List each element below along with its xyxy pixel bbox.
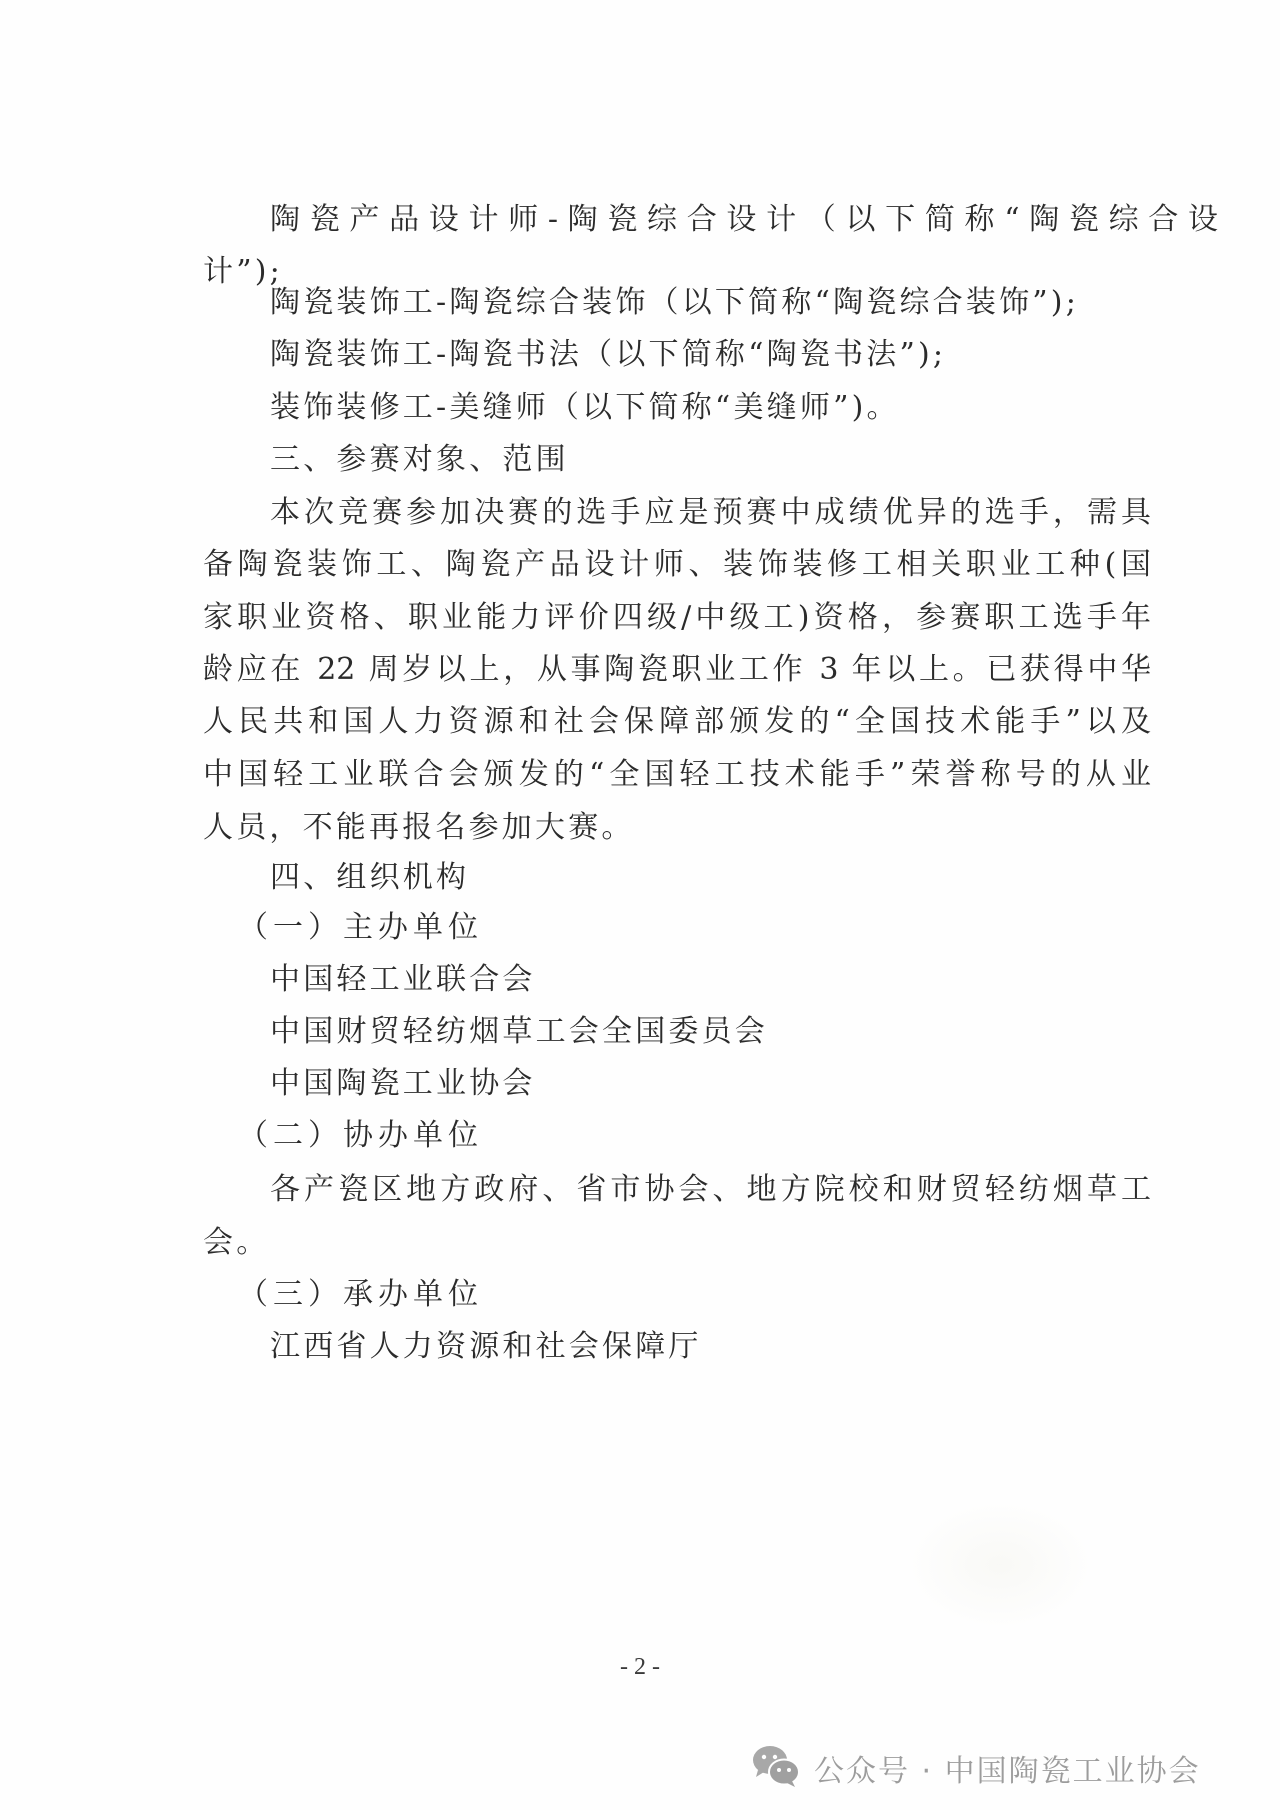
paragraph-line: 人员，不能再报名参加大赛。 bbox=[203, 808, 1151, 848]
faded-stamp bbox=[905, 1500, 1095, 1630]
subsection-co-organizer: （二）协办单位 bbox=[238, 1116, 1186, 1156]
wechat-watermark: 公众号 · 中国陶瓷工业协会 bbox=[750, 1742, 1201, 1794]
document-page: 陶瓷产品设计师-陶瓷综合设计（以下简称“陶瓷综合设 计”); 陶瓷装饰工-陶瓷综… bbox=[0, 0, 1280, 1810]
job-item-ceramic-design: 陶瓷产品设计师-陶瓷综合设计（以下简称“陶瓷综合设 bbox=[270, 200, 1218, 240]
organizer-item: 中国陶瓷工业协会 bbox=[270, 1064, 1218, 1104]
section-heading-participants: 三、参赛对象、范围 bbox=[270, 440, 1218, 480]
subsection-host: （一）主办单位 bbox=[238, 908, 1186, 948]
paragraph-line: 备陶瓷装饰工、陶瓷产品设计师、装饰装修工相关职业工种(国 bbox=[203, 545, 1151, 585]
paragraph-line: 龄应在 22 周岁以上，从事陶瓷职业工作 3 年以上。已获得中华 bbox=[203, 650, 1151, 690]
paragraph-line: 中国轻工业联合会颁发的“全国轻工技术能手”荣誉称号的从业 bbox=[203, 755, 1151, 795]
job-item-ceramic-calligraphy: 陶瓷装饰工-陶瓷书法（以下简称“陶瓷书法”); bbox=[270, 335, 1218, 375]
page-number: - 2 - bbox=[0, 1654, 1280, 1681]
organizer-item: 中国财贸轻纺烟草工会全国委员会 bbox=[270, 1012, 1218, 1052]
organizer-item: 中国轻工业联合会 bbox=[270, 960, 1218, 1000]
co-organizer-line-continued: 会。 bbox=[203, 1223, 1151, 1263]
job-item-ceramic-decoration: 陶瓷装饰工-陶瓷综合装饰（以下简称“陶瓷综合装饰”); bbox=[270, 283, 1218, 323]
paragraph-line: 家职业资格、职业能力评价四级/中级工)资格，参赛职工选手年 bbox=[203, 598, 1151, 638]
job-item-seam-beautifier: 装饰装修工-美缝师（以下简称“美缝师”)。 bbox=[270, 388, 1218, 428]
subsection-undertaker: （三）承办单位 bbox=[238, 1275, 1186, 1315]
co-organizer-line: 各产瓷区地方政府、省市协会、地方院校和财贸轻纺烟草工 bbox=[270, 1170, 1151, 1210]
paragraph-line: 本次竞赛参加决赛的选手应是预赛中成绩优异的选手，需具 bbox=[270, 493, 1151, 533]
watermark-text: 公众号 · 中国陶瓷工业协会 bbox=[814, 1746, 1201, 1790]
section-heading-organization: 四、组织机构 bbox=[270, 858, 1218, 898]
undertaker-item: 江西省人力资源和社会保障厅 bbox=[270, 1327, 1218, 1367]
wechat-icon bbox=[750, 1743, 802, 1793]
paragraph-line: 人民共和国人力资源和社会保障部颁发的“全国技术能手”以及 bbox=[203, 702, 1151, 742]
